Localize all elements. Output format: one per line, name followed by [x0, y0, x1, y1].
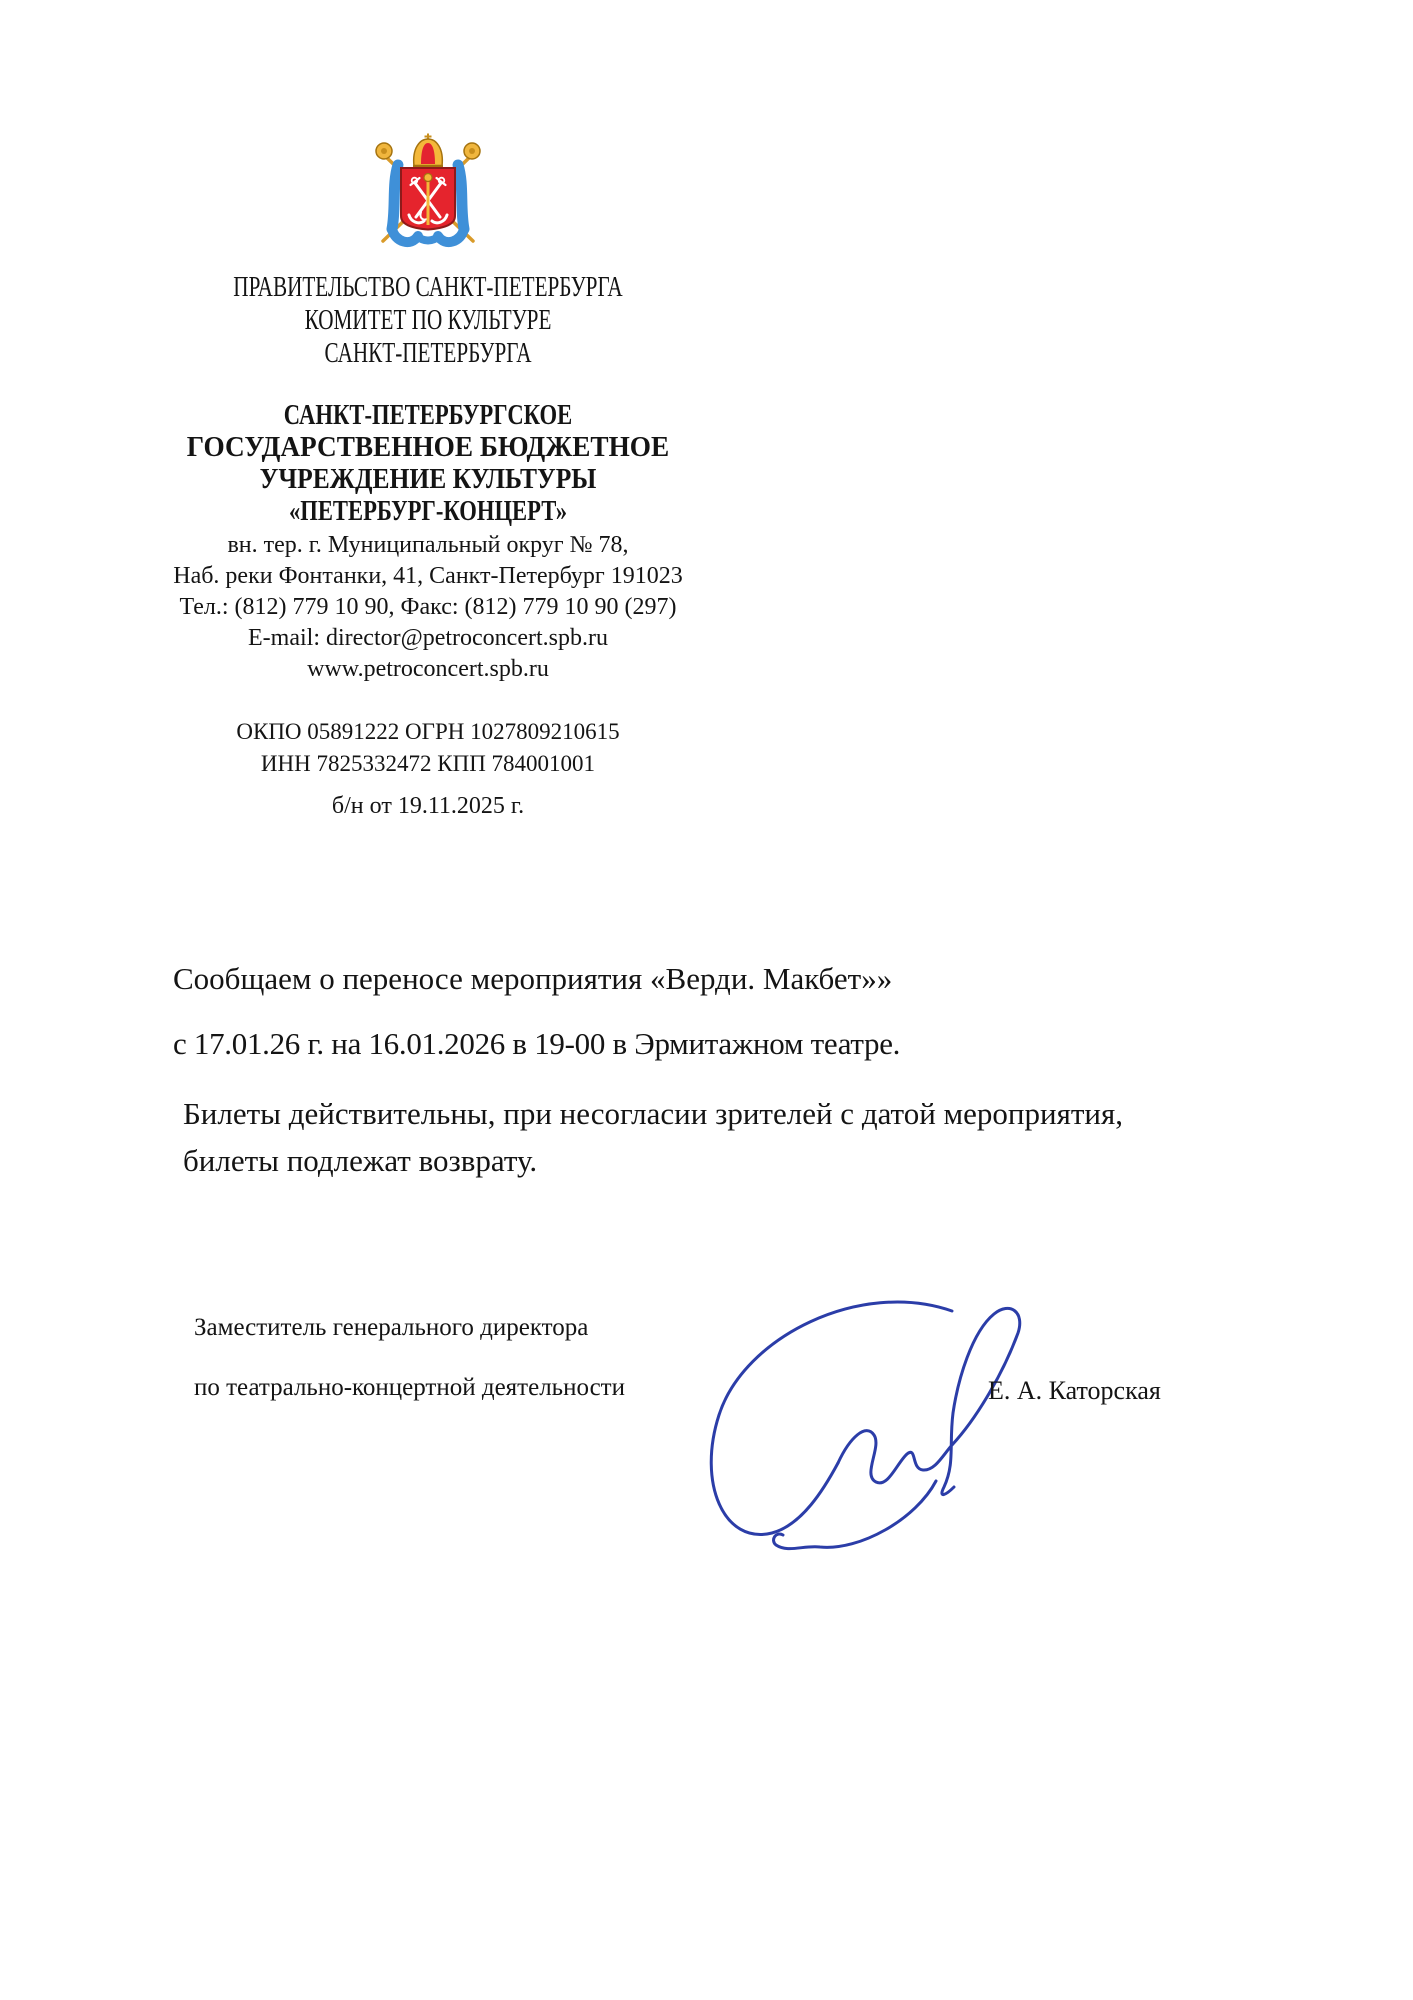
government-header: ПРАВИТЕЛЬСТВО САНКТ-ПЕТЕРБУРГА КОМИТЕТ П…: [133, 271, 723, 370]
saint-petersburg-coat-of-arms-icon: [369, 132, 487, 250]
address-line: вн. тер. г. Муниципальный округ № 78,: [133, 530, 723, 561]
signer-name: Е. А. Каторская: [988, 1376, 1161, 1406]
organization-name: САНКТ-ПЕТЕРБУРГСКОЕ ГОСУДАРСТВЕННОЕ БЮДЖ…: [133, 399, 723, 527]
registry-line: ИНН 7825332472 КПП 784001001: [133, 748, 723, 780]
address-line: Наб. реки Фонтанки, 41, Санкт-Петербург …: [133, 561, 723, 592]
government-line: САНКТ-ПЕТЕРБУРГА: [213, 337, 644, 370]
organization-line: ГОСУДАРСТВЕННОЕ БЮДЖЕТНОЕ: [151, 431, 706, 463]
body-paragraph-2: с 17.01.26 г. на 16.01.2026 в 19-00 в Эр…: [173, 1026, 900, 1062]
body-paragraph-3-line-1: Билеты действительны, при несогласии зри…: [183, 1096, 1123, 1132]
phone-fax-line: Тел.: (812) 779 10 90, Факс: (812) 779 1…: [133, 592, 723, 623]
contact-block: вн. тер. г. Муниципальный округ № 78, На…: [133, 530, 723, 685]
government-line: КОМИТЕТ ПО КУЛЬТУРЕ: [213, 304, 644, 337]
body-paragraph-1: Сообщаем о переносе мероприятия «Верди. …: [173, 961, 892, 997]
registry-block: ОКПО 05891222 ОГРН 1027809210615 ИНН 782…: [133, 716, 723, 780]
handwritten-signature-ink: [700, 1295, 1030, 1585]
signature-stroke: [711, 1302, 952, 1534]
letterhead: ПРАВИТЕЛЬСТВО САНКТ-ПЕТЕРБУРГА КОМИТЕТ П…: [133, 132, 723, 820]
signature-stroke: [774, 1481, 936, 1549]
registry-line: ОКПО 05891222 ОГРН 1027809210615: [133, 716, 723, 748]
signer-position-line: Заместитель генерального директора: [194, 1314, 588, 1342]
email-line: E-mail: director@petroconcert.spb.ru: [133, 623, 723, 654]
organization-line: «ПЕТЕРБУРГ-КОНЦЕРТ»: [198, 495, 658, 527]
organization-line: САНКТ-ПЕТЕРБУРГСКОЕ: [198, 399, 658, 431]
imperial-crown: [413, 134, 443, 167]
official-letter-document: ПРАВИТЕЛЬСТВО САНКТ-ПЕТЕРБУРГА КОМИТЕТ П…: [0, 0, 1413, 2000]
government-line: ПРАВИТЕЛЬСТВО САНКТ-ПЕТЕРБУРГА: [213, 271, 644, 304]
organization-line: УЧРЕЖДЕНИЕ КУЛЬТУРЫ: [168, 463, 687, 495]
document-number-date: б/н от 19.11.2025 г.: [133, 793, 723, 820]
signer-position-line: по театрально-концертной деятельности: [194, 1374, 625, 1402]
body-paragraph-3-line-2: билеты подлежат возврату.: [183, 1143, 537, 1179]
website-line: www.petroconcert.spb.ru: [133, 654, 723, 685]
